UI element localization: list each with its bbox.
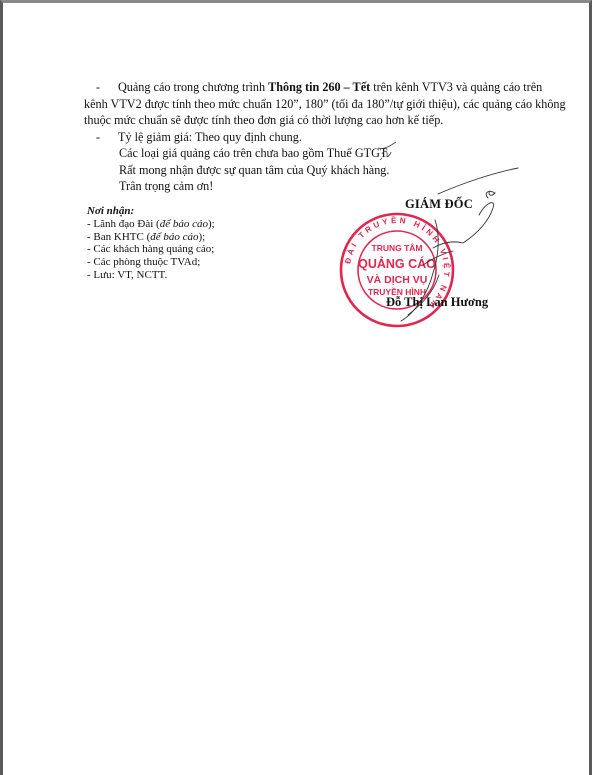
official-stamp: ĐÀI TRUYỀN HÌNH VIỆT NAM TRUNG TÂM QUẢNG… xyxy=(338,211,456,329)
stamp-line-3: VÀ DỊCH VỤ xyxy=(367,273,428,286)
paragraph-1-line-3: thuộc mức chuẩn sẽ được tính theo đơn gi… xyxy=(84,112,524,129)
signer-title: GIÁM ĐỐC xyxy=(405,197,473,212)
italic-span: để báo cáo xyxy=(150,231,198,243)
paragraph-1-line-1: -Quảng cáo trong chương trình Thông tin … xyxy=(84,79,524,96)
text-span: Quảng cáo trong chương trình xyxy=(118,80,268,94)
initials-mark xyxy=(376,140,400,162)
paragraph-1-line-2: kênh VTV2 được tính theo mức chuẩn 120”,… xyxy=(84,96,524,113)
body-text: -Quảng cáo trong chương trình Thông tin … xyxy=(84,79,524,195)
hope-line: Rất mong nhận được sự quan tâm của Quý k… xyxy=(84,162,524,179)
recipient-item: - Lãnh đạo Đài (để báo cáo); xyxy=(87,218,215,231)
vat-note: Các loại giá quảng cáo trên chưa bao gồm… xyxy=(84,145,524,162)
signer-name: Đỗ Thị Lan Hương xyxy=(386,295,488,310)
text-span: trên kênh VTV3 và quảng cáo trên xyxy=(370,80,542,94)
text-span: - Ban KHTC ( xyxy=(87,231,150,243)
recipient-item: - Ban KHTC (để báo cáo); xyxy=(87,231,215,244)
recipient-item: - Các khách hàng quảng cáo; xyxy=(87,243,215,256)
discount-text: Tỷ lệ giảm giá: Theo quy định chung. xyxy=(118,130,302,144)
discount-line: -Tỷ lệ giảm giá: Theo quy định chung. xyxy=(84,129,524,146)
bullet-dash: - xyxy=(96,129,118,146)
text-span: - Lãnh đạo Đài ( xyxy=(87,218,160,230)
italic-span: để báo cáo xyxy=(160,218,208,230)
recipient-item: - Lưu: VT, NCTT. xyxy=(87,269,215,282)
thanks-line: Trân trọng cảm ơn! xyxy=(84,178,524,195)
text-span: ); xyxy=(208,218,215,230)
recipient-item: - Các phòng thuộc TVAd; xyxy=(87,256,215,269)
recipients-list: Nơi nhận: - Lãnh đạo Đài (để báo cáo); -… xyxy=(87,205,215,282)
stamp-line-1: TRUNG TÂM xyxy=(372,242,423,253)
recipients-title: Nơi nhận: xyxy=(87,205,215,218)
bullet-dash: - xyxy=(96,79,118,96)
document-page: -Quảng cáo trong chương trình Thông tin … xyxy=(0,0,592,775)
text-span: ); xyxy=(199,231,206,243)
stamp-line-2: QUẢNG CÁO xyxy=(358,256,436,271)
program-name: Thông tin 260 – Tết xyxy=(268,80,370,94)
